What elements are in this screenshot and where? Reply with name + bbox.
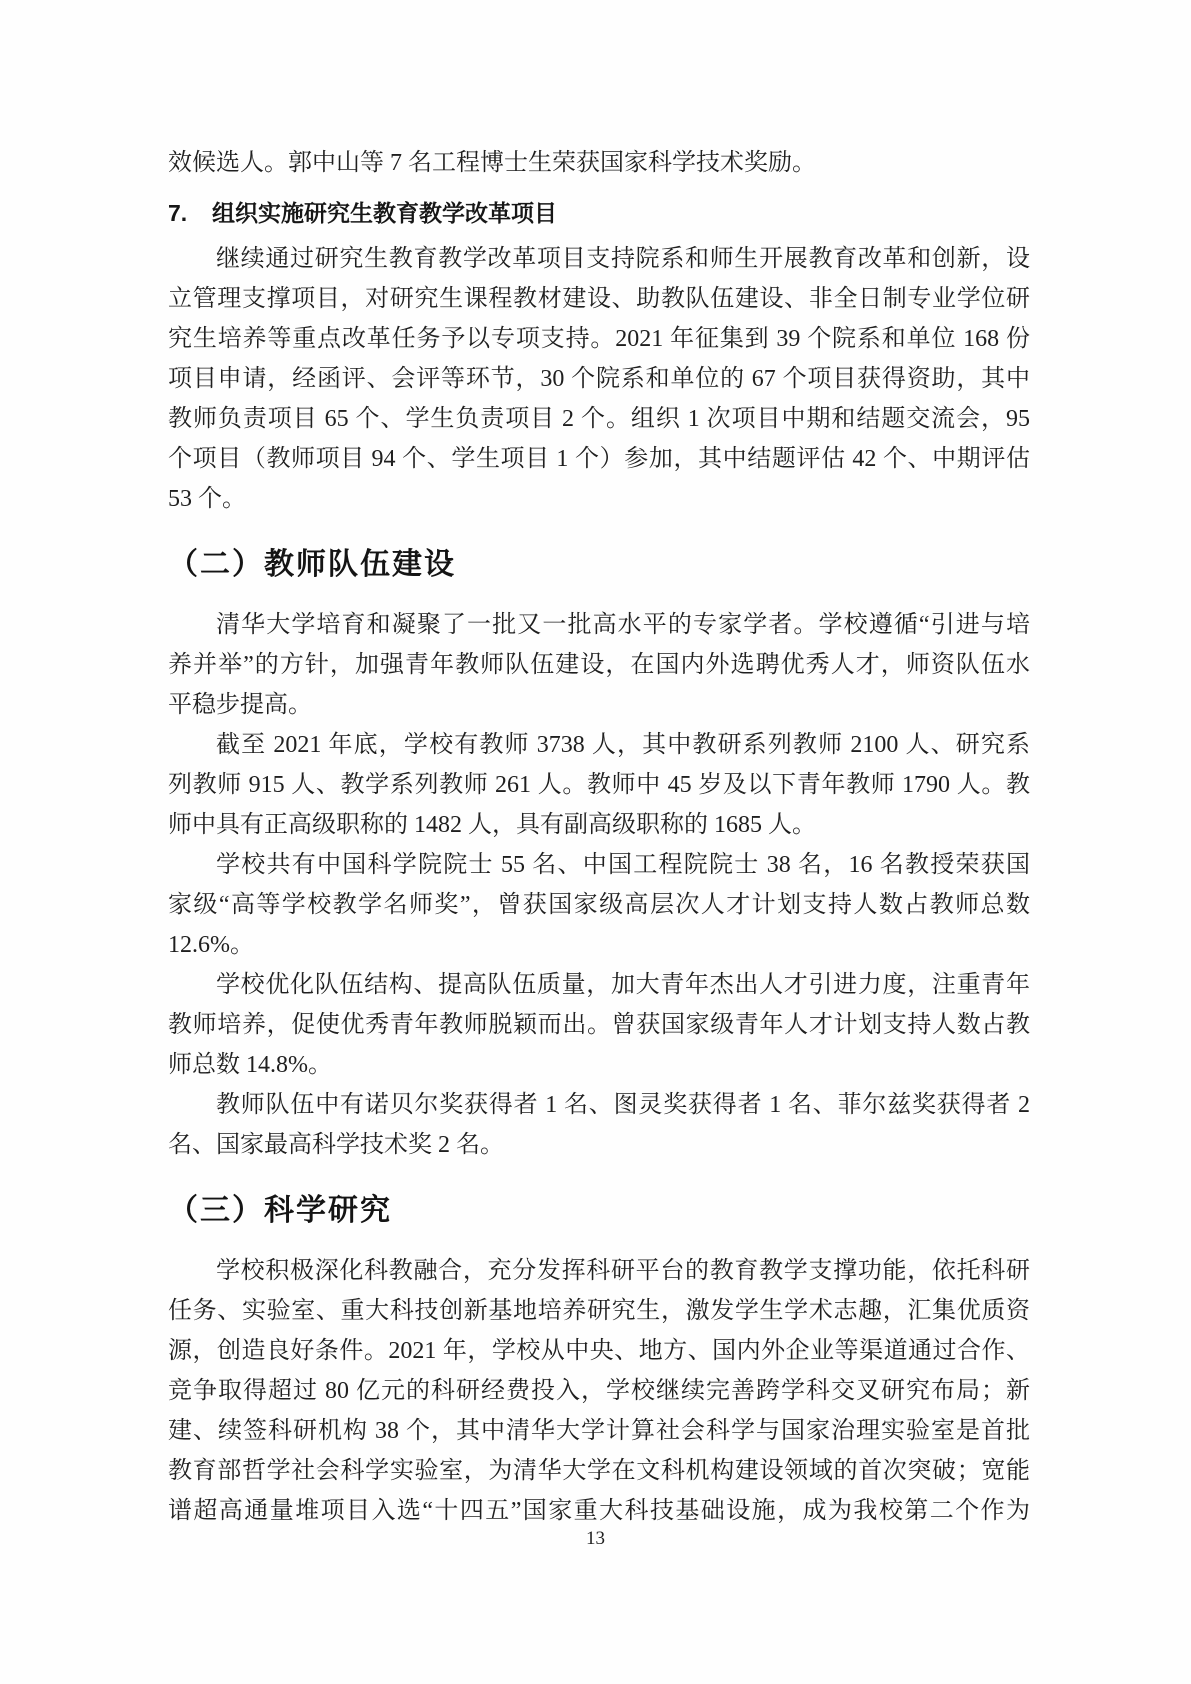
text-line: 教师培养，促使优秀青年教师脱颖而出。曾获国家级青年人才计划支持人数占教 xyxy=(168,1005,1030,1045)
text-line: 立管理支撑项目，对研究生课程教材建设、助教队伍建设、非全日制专业学位研 xyxy=(168,279,1030,319)
continuation-paragraph: 效候选人。郭中山等 7 名工程博士生荣获国家科学技术奖励。 xyxy=(168,143,1030,183)
text-line: 源，创造良好条件。2021 年，学校从中央、地方、国内外企业等渠道通过合作、 xyxy=(168,1331,1030,1371)
text-line: 学校优化队伍结构、提高队伍质量，加大青年杰出人才引进力度，注重青年 xyxy=(168,965,1030,1005)
text-line: 名、国家最高科学技术奖 2 名。 xyxy=(168,1125,1030,1165)
text-line: 教师负责项目 65 个、学生负责项目 2 个。组织 1 次项目中期和结题交流会，… xyxy=(168,399,1030,439)
text-line: 学校积极深化科教融合，充分发挥科研平台的教育教学支撑功能，依托科研 xyxy=(168,1251,1030,1291)
text-line: 继续通过研究生教育教学改革项目支持院系和师生开展教育改革和创新，设 xyxy=(168,239,1030,279)
document-page: 效候选人。郭中山等 7 名工程博士生荣获国家科学技术奖励。 7.组织实施研究生教… xyxy=(0,0,1191,1684)
text-line: 养并举”的方针，加强青年教师队伍建设，在国内外选聘优秀人才，师资队伍水 xyxy=(168,645,1030,685)
text-line: 效候选人。郭中山等 7 名工程博士生荣获国家科学技术奖励。 xyxy=(168,143,1030,183)
text-line: 教师队伍中有诺贝尔奖获得者 1 名、图灵奖获得者 1 名、菲尔兹奖获得者 2 xyxy=(168,1085,1030,1125)
text-line: 究生培养等重点改革任务予以专项支持。2021 年征集到 39 个院系和单位 16… xyxy=(168,319,1030,359)
text-line: 平稳步提高。 xyxy=(168,685,1030,725)
text-line: 项目申请，经函评、会评等环节，30 个院系和单位的 67 个项目获得资助，其中 xyxy=(168,359,1030,399)
paragraph-teacher-overview: 清华大学培育和凝聚了一批又一批高水平的专家学者。学校遵循“引进与培养并举”的方针… xyxy=(168,605,1030,725)
text-line: 列教师 915 人、教学系列教师 261 人。教师中 45 岁及以下青年教师 1… xyxy=(168,765,1030,805)
text-line: 12.6%。 xyxy=(168,925,1030,965)
item-7-title: 组织实施研究生教育教学改革项目 xyxy=(212,200,557,226)
page-number: 13 xyxy=(0,1527,1191,1551)
paragraph-reform-projects: 继续通过研究生教育教学改革项目支持院系和师生开展教育改革和创新，设立管理支撑项目… xyxy=(168,239,1030,519)
section-2-heading: （二）教师队伍建设 xyxy=(168,539,1030,591)
paragraph-academicians: 学校共有中国科学院院士 55 名、中国工程院院士 38 名，16 名教授荣获国家… xyxy=(168,845,1030,965)
text-line: 家级“高等学校教学名师奖”，曾获国家级高层次人才计划支持人数占教师总数 xyxy=(168,885,1030,925)
text-line: 53 个。 xyxy=(168,479,1030,519)
text-line: 教育部哲学社会科学实验室，为清华大学在文科机构建设领域的首次突破；宽能 xyxy=(168,1451,1030,1491)
text-line: 谱超高通量堆项目入选“十四五”国家重大科技基础设施，成为我校第二个作为 xyxy=(168,1491,1030,1531)
text-line: 建、续签科研机构 38 个，其中清华大学计算社会科学与国家治理实验室是首批 xyxy=(168,1411,1030,1451)
text-line: 截至 2021 年底，学校有教师 3738 人，其中教研系列教师 2100 人、… xyxy=(168,725,1030,765)
text-line: 任务、实验室、重大科技创新基地培养研究生，激发学生学术志趣，汇集优质资 xyxy=(168,1291,1030,1331)
page-content: 效候选人。郭中山等 7 名工程博士生荣获国家科学技术奖励。 7.组织实施研究生教… xyxy=(168,143,1030,1531)
text-line: 师中具有正高级职称的 1482 人，具有副高级职称的 1685 人。 xyxy=(168,805,1030,845)
text-line: 学校共有中国科学院院士 55 名、中国工程院院士 38 名，16 名教授荣获国 xyxy=(168,845,1030,885)
paragraph-research: 学校积极深化科教融合，充分发挥科研平台的教育教学支撑功能，依托科研任务、实验室、… xyxy=(168,1251,1030,1531)
text-line: 个项目（教师项目 94 个、学生项目 1 个）参加，其中结题评估 42 个、中期… xyxy=(168,439,1030,479)
text-line: 师总数 14.8%。 xyxy=(168,1045,1030,1085)
section-3-heading: （三）科学研究 xyxy=(168,1185,1030,1237)
text-line: 清华大学培育和凝聚了一批又一批高水平的专家学者。学校遵循“引进与培 xyxy=(168,605,1030,645)
paragraph-young-talent: 学校优化队伍结构、提高队伍质量，加大青年杰出人才引进力度，注重青年教师培养，促使… xyxy=(168,965,1030,1085)
paragraph-awards: 教师队伍中有诺贝尔奖获得者 1 名、图灵奖获得者 1 名、菲尔兹奖获得者 2名、… xyxy=(168,1085,1030,1165)
text-line: 竞争取得超过 80 亿元的科研经费投入，学校继续完善跨学科交叉研究布局；新 xyxy=(168,1371,1030,1411)
item-7-number: 7. xyxy=(168,191,212,235)
item-7-heading: 7.组织实施研究生教育教学改革项目 xyxy=(168,191,1030,235)
paragraph-teacher-statistics: 截至 2021 年底，学校有教师 3738 人，其中教研系列教师 2100 人、… xyxy=(168,725,1030,845)
